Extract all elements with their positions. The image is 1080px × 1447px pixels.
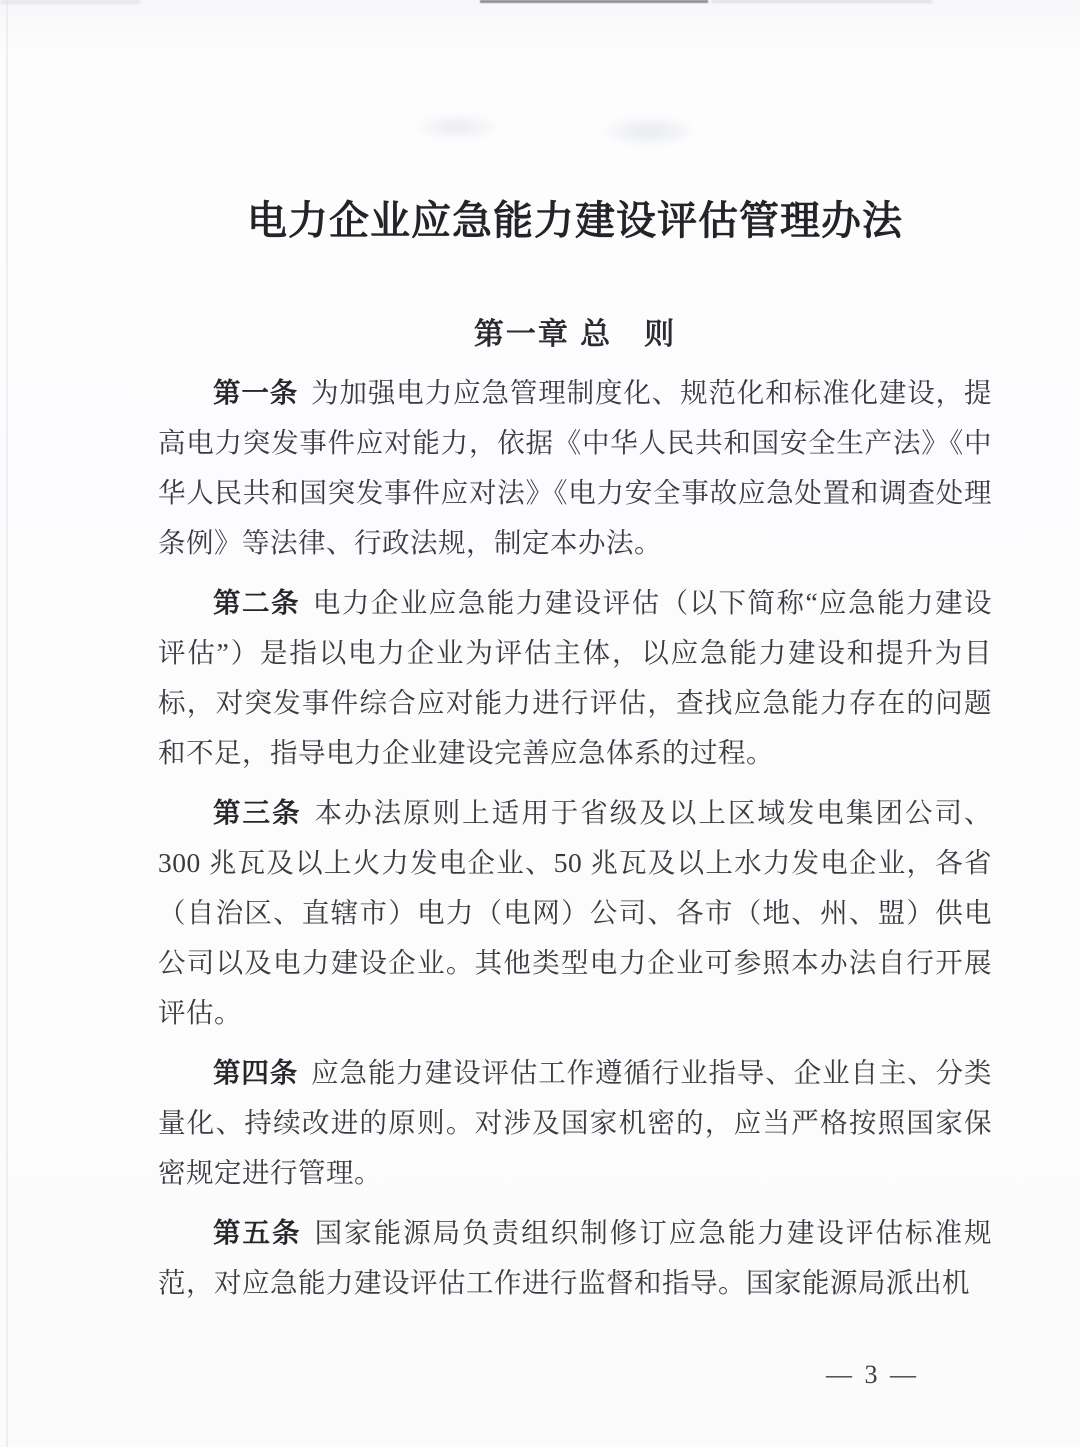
articles-section: 第一条为加强电力应急管理制度化、规范化和标准化建设，提高电力突发事件应对能力，依… bbox=[158, 368, 992, 1308]
article-paragraph-5: 第五条国家能源局负责组织制修订应急能力建设评估标准规范，对应急能力建设评估工作进… bbox=[158, 1208, 992, 1308]
article-text: 本办法原则上适用于省级及以上区域发电集团公司、300 兆瓦及以上火力发电企业、5… bbox=[158, 797, 992, 1028]
article-paragraph-3: 第三条本办法原则上适用于省级及以上区域发电集团公司、300 兆瓦及以上火力发电企… bbox=[158, 788, 992, 1038]
article-label: 第五条 bbox=[213, 1217, 302, 1248]
document-title: 电力企业应急能力建设评估管理办法 bbox=[158, 0, 992, 246]
article-label: 第四条 bbox=[213, 1057, 298, 1088]
page-number: — 3 — bbox=[826, 1358, 919, 1392]
article-label: 第一条 bbox=[213, 377, 298, 408]
article-label: 第三条 bbox=[213, 797, 302, 828]
article-label: 第二条 bbox=[213, 587, 300, 618]
article-paragraph-2: 第二条电力企业应急能力建设评估（以下简称“应急能力建设评估”）是指以电力企业为评… bbox=[158, 578, 992, 778]
chapter-heading: 第一章 总 则 bbox=[158, 318, 992, 352]
scanned-document-page: 电力企业应急能力建设评估管理办法 第一章 总 则 第一条为加强电力应急管理制度化… bbox=[0, 0, 1080, 1308]
article-paragraph-1: 第一条为加强电力应急管理制度化、规范化和标准化建设，提高电力突发事件应对能力，依… bbox=[158, 368, 992, 568]
document-content: 电力企业应急能力建设评估管理办法 第一章 总 则 第一条为加强电力应急管理制度化… bbox=[0, 0, 1080, 1308]
article-paragraph-4: 第四条应急能力建设评估工作遵循行业指导、企业自主、分类量化、持续改进的原则。对涉… bbox=[158, 1048, 992, 1198]
